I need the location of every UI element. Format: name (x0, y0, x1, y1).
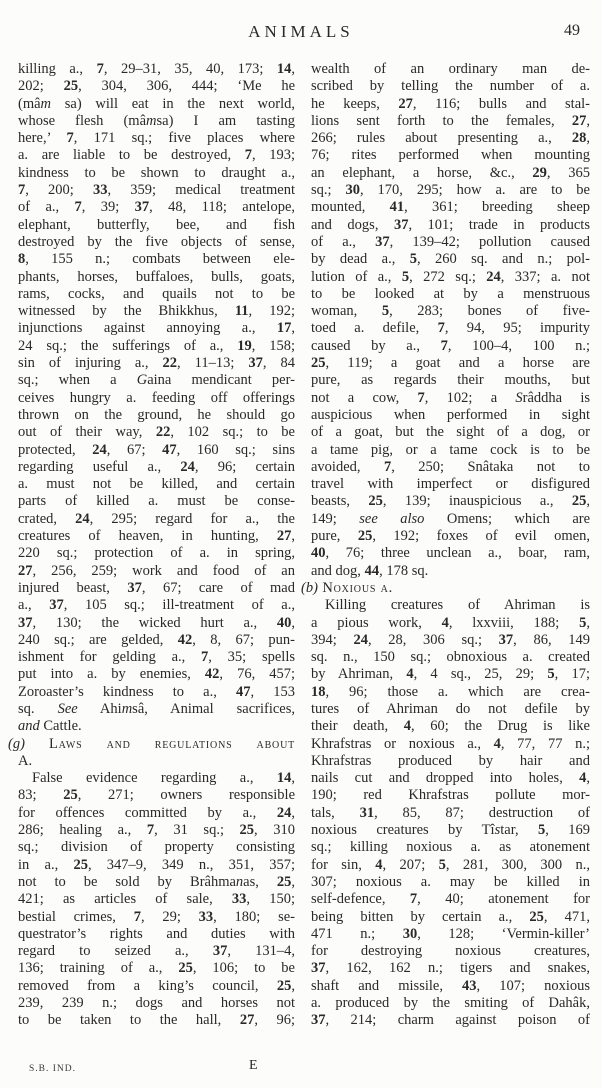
text-line: sq. See Ahimsâ, Animal sacrifices, (18, 701, 295, 718)
text-line: (g) Laws and regulations about (8, 736, 295, 753)
imprint: S.B. IND. (29, 1064, 76, 1074)
text-line: 25, 119; a goat and a horse are (311, 355, 590, 372)
text-line: of a., 37, 139–42; pollution caused (311, 234, 590, 251)
text-line: creatures of heaven, in hunting, 27, (18, 528, 295, 545)
text-line: 190; red Khrafstras pollute mor- (311, 787, 590, 804)
text-line: 76; rites performed when mounting (311, 147, 590, 164)
text-line: destroyed by the five objects of sense, (18, 234, 295, 251)
text-line: by Ahriman, 4, 4 sq., 25, 29; 5, 17; (311, 666, 590, 683)
text-line: 202; 25, 304, 306, 444; ‘Me he (18, 78, 295, 95)
text-line: their death, 4, 60; the Drug is like (311, 718, 590, 735)
text-line: 37, 130; the wicked hurt a., 40, (18, 615, 295, 632)
text-line: auspicious when performed in sight (311, 407, 590, 424)
text-line: noxious creatures by Tîstar, 5, 169 (311, 822, 590, 839)
text-line: 8, 155 n.; combats between ele- (18, 251, 295, 268)
text-line: sq.; when a Gaina mendicant per- (18, 372, 295, 389)
text-line: mounted, 41, 361; breeding sheep (311, 199, 590, 216)
text-line: 27, 256, 259; work and food of an (18, 563, 295, 580)
text-line: not a cow, 7, 102; a Srâddha is (311, 390, 590, 407)
text-line: for destroying noxious creatures, (311, 943, 590, 960)
text-line: 286; healing a., 7, 31 sq.; 25, 310 (18, 822, 295, 839)
text-line: Khrafstras produced by hair and (311, 753, 590, 770)
text-line: pure, 25, 192; foxes of evil omen, (311, 528, 590, 545)
text-line: 40, 76; three unclean a., boar, ram, (311, 545, 590, 562)
text-line: 240 sq.; are gelded, 42, 8, 67; pun- (18, 632, 295, 649)
signature-mark: E (249, 1058, 258, 1074)
text-line: avoided, 7, 250; Snâtaka not to (311, 459, 590, 476)
text-line: sq.; killing noxious a. as atonement (311, 839, 590, 856)
text-line: phants, horses, buffaloes, bulls, goats, (18, 269, 295, 286)
text-line: 149; see also Omens; which are (311, 511, 590, 528)
text-line: shaft and missile, 43, 107; noxious (311, 978, 590, 995)
text-line: being bitten by certain a., 25, 471, (311, 909, 590, 926)
text-line: regarding useful a., 24, 96; certain (18, 459, 295, 476)
text-line: 239, 239 n.; dogs and horses not (18, 995, 295, 1012)
text-line: a tame pig, or a tame cock is to be (311, 442, 590, 459)
text-line: caused by a., 7, 100–4, 100 n.; (311, 338, 590, 355)
text-line: to be looked at by a menstruous (311, 286, 590, 303)
text-line: (mâm sa) will eat in the next world, (18, 96, 295, 113)
text-line: regard to seized a., 37, 131–4, (18, 943, 295, 960)
text-columns: killing a., 7, 29–31, 35, 40, 173; 14,20… (18, 61, 590, 1030)
text-line: crated, 24, 295; regard for a., the (18, 511, 295, 528)
text-line: (b) Noxious a. (301, 580, 590, 597)
text-line: for offences committed by a., 24, (18, 805, 295, 822)
column-right: wealth of an ordinary man de-scribed by … (311, 61, 590, 1030)
text-line: whose flesh (mâmsa) I am tasting (18, 113, 295, 130)
text-line: killing a., 7, 29–31, 35, 40, 173; 14, (18, 61, 295, 78)
text-line: in a., 25, 347–9, 349 n., 351, 357; (18, 857, 295, 874)
text-line: protected, 24, 67; 47, 160 sq.; sins (18, 442, 295, 459)
text-line: pure, as regards their mouths, but (311, 372, 590, 389)
page-header: ANIMALS 49 (0, 22, 602, 48)
text-line: tals, 31, 85, 87; destruction of (311, 805, 590, 822)
text-line: sin of injuring a., 22, 11–13; 37, 84 (18, 355, 295, 372)
text-line: lution of a., 5, 272 sq.; 24, 337; a. no… (311, 269, 590, 286)
text-line: witnessed by the Bhikkhus, 11, 192; (18, 303, 295, 320)
text-line: 136; training of a., 25, 106; to be (18, 960, 295, 977)
text-line: removed from a king’s council, 25, (18, 978, 295, 995)
text-line: tures of Ahriman do not defile by (311, 701, 590, 718)
text-line: a pious work, 4, lxxviii, 188; 5, (311, 615, 590, 632)
column-left: killing a., 7, 29–31, 35, 40, 173; 14,20… (18, 61, 295, 1030)
book-page: ANIMALS 49 killing a., 7, 29–31, 35, 40,… (0, 0, 602, 1088)
text-line: travel with imperfect or disfigured (311, 476, 590, 493)
text-line: woman, 5, 283; bones of five- (311, 303, 590, 320)
text-line: to be taken to the hall, 27, 96; (18, 1012, 295, 1029)
text-line: wealth of an ordinary man de- (311, 61, 590, 78)
text-line: kindness to be shown to draught a., (18, 165, 295, 182)
text-line: 266; rules about presenting a., 28, (311, 130, 590, 147)
text-line: Killing creatures of Ahriman is (311, 597, 590, 614)
text-line: sq. n., 150 sq.; obnoxious a. created (311, 649, 590, 666)
text-line: a. produced by the smiting of Dahâk, (311, 995, 590, 1012)
text-line: 18, 96; those a. which are crea- (311, 684, 590, 701)
text-line: toed a. defile, 7, 94, 95; impurity (311, 320, 590, 337)
text-line: a., 37, 105 sq.; ill-treatment of a., (18, 597, 295, 614)
page-footer: S.B. IND. E (0, 1056, 602, 1080)
text-line: 37, 214; charm against poison of (311, 1012, 590, 1029)
text-line: and Cattle. (18, 718, 295, 735)
text-line: by dead a., 5, 260 sq. and n.; pol- (311, 251, 590, 268)
text-line: Zoroaster’s kindness to a., 47, 153 (18, 684, 295, 701)
text-line: for sin, 4, 207; 5, 281, 300, 300 n., (311, 857, 590, 874)
text-line: bestial crimes, 7, 29; 33, 180; se- (18, 909, 295, 926)
text-line: a. are liable to be destroyed, 7, 193; (18, 147, 295, 164)
text-line: parts of killed a. must be conse- (18, 493, 295, 510)
text-line: and dog, 44, 178 sq. (311, 563, 590, 580)
text-line: put into a. by enemies, 42, 76, 457; (18, 666, 295, 683)
text-line: beasts, 25, 139; inauspicious a., 25, (311, 493, 590, 510)
text-line: 37, 162, 162 n.; tigers and snakes, (311, 960, 590, 977)
text-line: an elephant, a horse, &c., 29, 365 (311, 165, 590, 182)
text-line: and dogs, 37, 101; trade in products (311, 217, 590, 234)
text-line: elephant, butterfly, bee, and fish (18, 217, 295, 234)
text-line: 220 sq.; protection of a. in spring, (18, 545, 295, 562)
text-line: a. must not be killed, and certain (18, 476, 295, 493)
text-line: injured beast, 37, 67; care of mad (18, 580, 295, 597)
text-line: thrown on the ground, he should go (18, 407, 295, 424)
text-line: of a goat, but the sight of a dog, or (311, 424, 590, 441)
text-line: not to be sold by Brâhmanas, 25, (18, 874, 295, 891)
text-line: A. (18, 753, 295, 770)
text-line: 394; 24, 28, 306 sq.; 37, 86, 149 (311, 632, 590, 649)
page-number: 49 (564, 22, 580, 40)
text-line: scribed by telling the number of a. (311, 78, 590, 95)
text-line: here,’ 7, 171 sq.; five places where (18, 130, 295, 147)
text-line: 471 n.; 30, 128; ‘Vermin-killer’ (311, 926, 590, 943)
text-line: injunctions against annoying a., 17, (18, 320, 295, 337)
text-line: questrator’s rights and duties with (18, 926, 295, 943)
text-line: False evidence regarding a., 14, (18, 770, 295, 787)
text-line: out of their way, 22, 102 sq.; to be (18, 424, 295, 441)
text-line: sq.; division of property consisting (18, 839, 295, 856)
text-line: ceives hungry a. feeding off offerings (18, 390, 295, 407)
text-line: rams, cocks, and quails not to be (18, 286, 295, 303)
text-line: of a., 7, 39; 37, 48, 118; antelope, (18, 199, 295, 216)
text-line: ishment for gelding a., 7, 35; spells (18, 649, 295, 666)
running-title: ANIMALS (0, 22, 602, 42)
text-line: 7, 200; 33, 359; medical treatment (18, 182, 295, 199)
text-line: lions sent forth to the females, 27, (311, 113, 590, 130)
text-line: Khrafstras or noxious a., 4, 77, 77 n.; (311, 736, 590, 753)
text-line: self-defence, 7, 40; atonement for (311, 891, 590, 908)
text-line: 307; noxious a. may be killed in (311, 874, 590, 891)
text-line: he keeps, 27, 116; bulls and stal- (311, 96, 590, 113)
text-line: 24 sq.; the sufferings of a., 19, 158; (18, 338, 295, 355)
text-line: nails cut and dropped into holes, 4, (311, 770, 590, 787)
text-line: 421; as articles of sale, 33, 150; (18, 891, 295, 908)
text-line: sq.; 30, 170, 295; how a. are to be (311, 182, 590, 199)
text-line: 83; 25, 271; owners responsible (18, 787, 295, 804)
